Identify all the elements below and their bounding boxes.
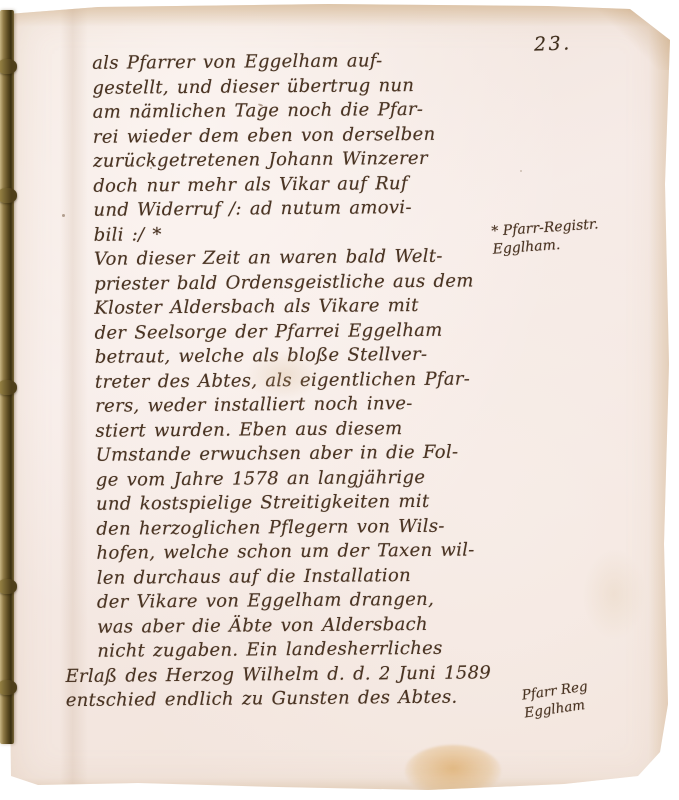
manuscript-line: ge vom Jahre 1578 an langjährige xyxy=(96,465,506,493)
manuscript-line: am nämlichen Tage noch die Pfar- xyxy=(93,97,503,125)
manuscript-line: stiert wurden. Eben aus diesem xyxy=(95,416,505,444)
manuscript-line: nicht zugaben. Ein landesherrliches xyxy=(97,636,507,664)
manuscript-line: den herzoglichen Pflegern von Wils- xyxy=(96,514,506,542)
manuscript-line: rei wieder dem eben von derselben xyxy=(93,122,503,150)
stain xyxy=(245,350,323,400)
binding-stitch xyxy=(0,680,17,695)
manuscript-line: als Pfarrer von Eggelham auf- xyxy=(92,48,502,76)
ink-speck xyxy=(520,170,522,172)
manuscript-line: bili :/ * xyxy=(94,220,504,248)
manuscript-line: was aber die Äbte von Aldersbach xyxy=(97,612,507,640)
manuscript-line: und kostspielige Streitigkeiten mit xyxy=(96,489,506,517)
book-binding xyxy=(0,10,14,744)
manuscript-line: entschied endlich zu Gunsten des Abtes. xyxy=(66,685,508,713)
manuscript-line: der Seelsorge der Pfarrei Eggelham xyxy=(94,318,504,346)
manuscript-line: Von dieser Zeit an waren bald Welt- xyxy=(94,244,504,272)
manuscript-line: priester bald Ordensgeistliche aus dem xyxy=(94,269,504,297)
ink-speck xyxy=(62,214,65,217)
aged-edge-right xyxy=(644,4,670,794)
manuscript-line: und Widerruf /: ad nutum amovi- xyxy=(93,195,503,223)
manuscript-page: 23. als Pfarrer von Eggelham auf-gestell… xyxy=(8,4,670,794)
margin-note-lower: Pfarr Reg Egglham xyxy=(521,679,591,723)
margin-note-upper: * Pfarr-Registr. Egglham. xyxy=(491,216,600,258)
aged-edge-bottom xyxy=(8,776,670,794)
folded-corner-shade xyxy=(592,4,670,70)
manuscript-line: hofen, welche schon um der Taxen wil- xyxy=(96,538,506,566)
manuscript-line: doch nur mehr als Vikar auf Ruf xyxy=(93,171,503,199)
manuscript-line: len durchaus auf die Installation xyxy=(97,563,507,591)
binding-stitch xyxy=(0,380,17,395)
manuscript-line: der Vikare von Eggelham drangen, xyxy=(97,587,507,615)
manuscript-line: Kloster Aldersbach als Vikare mit xyxy=(94,293,504,321)
ink-speck xyxy=(150,167,152,169)
ink-speck xyxy=(346,624,348,626)
page-number: 23. xyxy=(534,32,572,55)
aged-edge-top xyxy=(8,4,670,30)
manuscript-line: zurückgetretenen Johann Winzerer xyxy=(93,146,503,174)
stain xyxy=(405,745,501,797)
manuscript-scan: 23. als Pfarrer von Eggelham auf-gestell… xyxy=(0,0,679,800)
stain xyxy=(583,549,645,639)
manuscript-line: gestellt, und dieser übertrug nun xyxy=(92,73,502,101)
binding-stitch xyxy=(0,579,17,594)
manuscript-line: Umstande erwuchsen aber in die Fol- xyxy=(96,440,506,468)
binding-stitch xyxy=(0,188,17,203)
binding-stitch xyxy=(0,59,17,74)
